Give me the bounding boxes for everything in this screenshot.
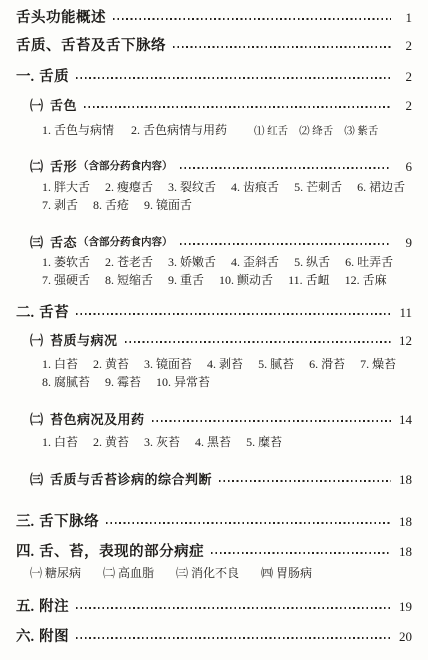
toc-entry-title: 舌、苔，表现的部分病症 bbox=[39, 542, 204, 562]
toc-entry-number: ㈢ bbox=[30, 470, 43, 490]
toc-entry-number: ㈠ bbox=[30, 331, 43, 351]
toc-item: ⑵ 绛舌 bbox=[299, 123, 333, 141]
toc-entry-title: 舌质、舌苔及舌下脉络 bbox=[16, 36, 166, 56]
toc-entry-number: 六. bbox=[16, 627, 34, 647]
toc-page-number: 20 bbox=[397, 627, 412, 647]
toc-page-number: 2 bbox=[397, 67, 412, 87]
toc-entry: ㈡ 苔色病况及用药 14 bbox=[30, 410, 412, 430]
toc-entry-title: 舌头功能概述 bbox=[16, 8, 106, 28]
toc-entry-number: 一. bbox=[16, 67, 34, 87]
toc-item: 4. 歪斜舌 bbox=[231, 253, 279, 271]
toc-item: 1. 舌色与病情 bbox=[42, 121, 114, 139]
toc-entry: ㈢ 舌质与舌苔诊病的综合判断 18 bbox=[30, 470, 412, 490]
toc-item: ㈣ 胃肠病 bbox=[261, 564, 312, 582]
toc-item-line: 1. 白苔2. 黄苔3. 镜面苔4. 剥苔5. 腻苔6. 滑苔7. 燥苔 bbox=[42, 355, 412, 373]
toc-item-line: 1. 舌色与病情2. 舌色病情与用药 ⑴ 红舌⑵ 绛舌⑶ 紫舌 bbox=[42, 121, 412, 141]
toc-entry-note: （含部分药食内容） bbox=[78, 233, 173, 253]
toc-entry-title: 苔质与病况 bbox=[50, 331, 118, 351]
toc-page-number: 14 bbox=[397, 410, 412, 430]
toc-item: 3. 镜面苔 bbox=[144, 355, 192, 373]
dot-leader bbox=[76, 630, 391, 644]
toc-item: 8. 短缩舌 bbox=[105, 271, 153, 289]
toc-entry: 一. 舌质 2 bbox=[16, 67, 412, 87]
toc-entry-title: 附图 bbox=[39, 627, 69, 647]
toc-item: 5. 糜苔 bbox=[246, 433, 282, 451]
dot-leader bbox=[76, 70, 391, 84]
toc-entry: 五. 附注 19 bbox=[16, 597, 412, 617]
toc-item: 7. 剥舌 bbox=[42, 196, 78, 214]
toc-item: ㈡ 高血脂 bbox=[103, 564, 154, 582]
dot-leader bbox=[106, 515, 391, 529]
toc-item-group: 1. 舌色与病情2. 舌色病情与用药 bbox=[42, 121, 227, 139]
toc-item: ㈠ 糖尿病 bbox=[30, 564, 81, 582]
toc-item: 2. 瘦瘪舌 bbox=[105, 178, 153, 196]
toc-item-line: ㈠ 糖尿病㈡ 高血脂㈢ 消化不良㈣ 胃肠病 bbox=[30, 564, 412, 582]
toc-item: 9. 重舌 bbox=[168, 271, 204, 289]
toc-entry: 三. 舌下脉络 18 bbox=[16, 512, 412, 532]
toc-entry-number: 二. bbox=[16, 303, 34, 323]
toc-page-number: 19 bbox=[397, 597, 412, 617]
toc-entry: 二. 舌苔 11 bbox=[16, 303, 412, 323]
toc-entry-note: （含部分药食内容） bbox=[78, 157, 173, 177]
toc-item: 1. 胖大舌 bbox=[42, 178, 90, 196]
toc-entry-title: 舌色 bbox=[50, 96, 77, 116]
dot-leader bbox=[152, 413, 391, 427]
toc-item: ⑴ 红舌 bbox=[254, 123, 288, 141]
toc-item: 2. 苍老舌 bbox=[105, 253, 153, 271]
toc-item: 1. 白苔 bbox=[42, 433, 78, 451]
dot-leader bbox=[76, 600, 391, 614]
toc-entry-title: 舌态 bbox=[50, 233, 77, 253]
toc-item: 1. 萎软舌 bbox=[42, 253, 90, 271]
toc-entry-number: ㈡ bbox=[30, 410, 43, 430]
toc-item-line: 1. 萎软舌2. 苍老舌3. 娇嫩舌4. 歪斜舌5. 纵舌6. 吐弄舌 bbox=[42, 253, 412, 271]
toc-item: 2. 黄苔 bbox=[93, 355, 129, 373]
toc-item: 6. 吐弄舌 bbox=[345, 253, 393, 271]
toc-entry: 四. 舌、苔，表现的部分病症 18 bbox=[16, 542, 412, 562]
toc-item: 3. 灰苔 bbox=[144, 433, 180, 451]
toc-entry-title: 舌质与舌苔诊病的综合判断 bbox=[50, 470, 212, 490]
toc-page-number: 9 bbox=[397, 233, 412, 253]
toc-entry: 六. 附图 20 bbox=[16, 627, 412, 647]
dot-leader bbox=[180, 236, 391, 250]
toc-entry-title: 苔色病况及用药 bbox=[50, 410, 145, 430]
toc-entry-title: 舌苔 bbox=[39, 303, 69, 323]
toc-item: 2. 黄苔 bbox=[93, 433, 129, 451]
toc-item-line: 7. 强硬舌8. 短缩舌9. 重舌10. 颤动舌11. 舌衄12. 舌麻 bbox=[42, 271, 412, 289]
dot-leader bbox=[211, 545, 391, 559]
toc-entry: ㈢ 舌态 （含部分药食内容） 9 bbox=[30, 233, 412, 253]
toc-entry-number: ㈠ bbox=[30, 96, 43, 116]
toc-item-line: 7. 剥舌8. 舌疮9. 镜面舌 bbox=[42, 196, 412, 214]
toc-entry-number: 四. bbox=[16, 542, 34, 562]
toc-entry-number: 三. bbox=[16, 512, 34, 532]
toc-entry-title: 舌形 bbox=[50, 157, 77, 177]
toc-item-group: ⑴ 红舌⑵ 绛舌⑶ 紫舌 bbox=[254, 123, 378, 141]
dot-leader bbox=[125, 334, 391, 348]
toc-entry: 舌头功能概述 1 bbox=[16, 8, 412, 28]
toc-page-number: 12 bbox=[397, 331, 412, 351]
toc-item: 12. 舌麻 bbox=[345, 271, 387, 289]
toc-item: 9. 镜面舌 bbox=[144, 196, 192, 214]
toc-entry: ㈠ 舌色 2 bbox=[30, 96, 412, 116]
toc-item: 5. 腻苔 bbox=[258, 355, 294, 373]
toc-item: 4. 黑苔 bbox=[195, 433, 231, 451]
toc-entry-title: 舌下脉络 bbox=[39, 512, 99, 532]
toc-entry-title: 附注 bbox=[39, 597, 69, 617]
toc-entry-number: ㈡ bbox=[30, 157, 43, 177]
dot-leader bbox=[180, 160, 391, 174]
toc-item: 3. 娇嫩舌 bbox=[168, 253, 216, 271]
toc-item: 6. 滑苔 bbox=[309, 355, 345, 373]
toc-item: 7. 燥苔 bbox=[360, 355, 396, 373]
toc-item: 9. 霉苔 bbox=[105, 373, 141, 391]
toc-page-number: 2 bbox=[397, 36, 412, 56]
toc-item: 1. 白苔 bbox=[42, 355, 78, 373]
dot-leader bbox=[76, 306, 391, 320]
toc-page-number: 1 bbox=[397, 8, 412, 28]
dot-leader bbox=[219, 473, 391, 487]
dot-leader bbox=[84, 99, 391, 113]
toc-item-line: 8. 腐腻苔9. 霉苔10. 异常苔 bbox=[42, 373, 412, 391]
toc-entry-number: ㈢ bbox=[30, 233, 43, 253]
dot-leader bbox=[113, 11, 391, 25]
toc-page-number: 18 bbox=[397, 512, 412, 532]
toc-item: ㈢ 消化不良 bbox=[176, 564, 239, 582]
toc-item: 11. 舌衄 bbox=[288, 271, 330, 289]
toc-item: 5. 芒刺舌 bbox=[294, 178, 342, 196]
toc-item: 5. 纵舌 bbox=[294, 253, 330, 271]
toc-item-line: 1. 胖大舌2. 瘦瘪舌3. 裂纹舌4. 齿痕舌5. 芒刺舌6. 裙边舌 bbox=[42, 178, 412, 196]
toc-item: 8. 舌疮 bbox=[93, 196, 129, 214]
toc-item: 8. 腐腻苔 bbox=[42, 373, 90, 391]
dot-leader bbox=[173, 39, 391, 53]
toc-item: 4. 剥苔 bbox=[207, 355, 243, 373]
toc-item: 10. 异常苔 bbox=[156, 373, 210, 391]
toc-entry-title: 舌质 bbox=[39, 67, 69, 87]
toc-page-number: 2 bbox=[397, 96, 412, 116]
toc-entry: ㈠ 苔质与病况 12 bbox=[30, 331, 412, 351]
toc-page-number: 6 bbox=[397, 157, 412, 177]
toc-page-number: 18 bbox=[397, 470, 412, 490]
toc-item: 4. 齿痕舌 bbox=[231, 178, 279, 196]
toc-item: 7. 强硬舌 bbox=[42, 271, 90, 289]
toc-entry: ㈡ 舌形 （含部分药食内容） 6 bbox=[30, 157, 412, 177]
toc-page-number: 18 bbox=[397, 542, 412, 562]
toc-item-line: 1. 白苔2. 黄苔3. 灰苔4. 黑苔5. 糜苔 bbox=[42, 433, 412, 451]
toc-item: 3. 裂纹舌 bbox=[168, 178, 216, 196]
toc-item: 2. 舌色病情与用药 bbox=[131, 121, 227, 139]
toc-entry-number: 五. bbox=[16, 597, 34, 617]
toc-entry: 舌质、舌苔及舌下脉络 2 bbox=[16, 36, 412, 56]
toc-page: 舌头功能概述 1 舌质、舌苔及舌下脉络 2 一. 舌质 2 ㈠ 舌色 2 1. … bbox=[0, 0, 428, 660]
toc-item: 6. 裙边舌 bbox=[357, 178, 405, 196]
toc-page-number: 11 bbox=[397, 303, 412, 323]
toc-item: ⑶ 紫舌 bbox=[344, 123, 378, 141]
toc-item: 10. 颤动舌 bbox=[219, 271, 273, 289]
